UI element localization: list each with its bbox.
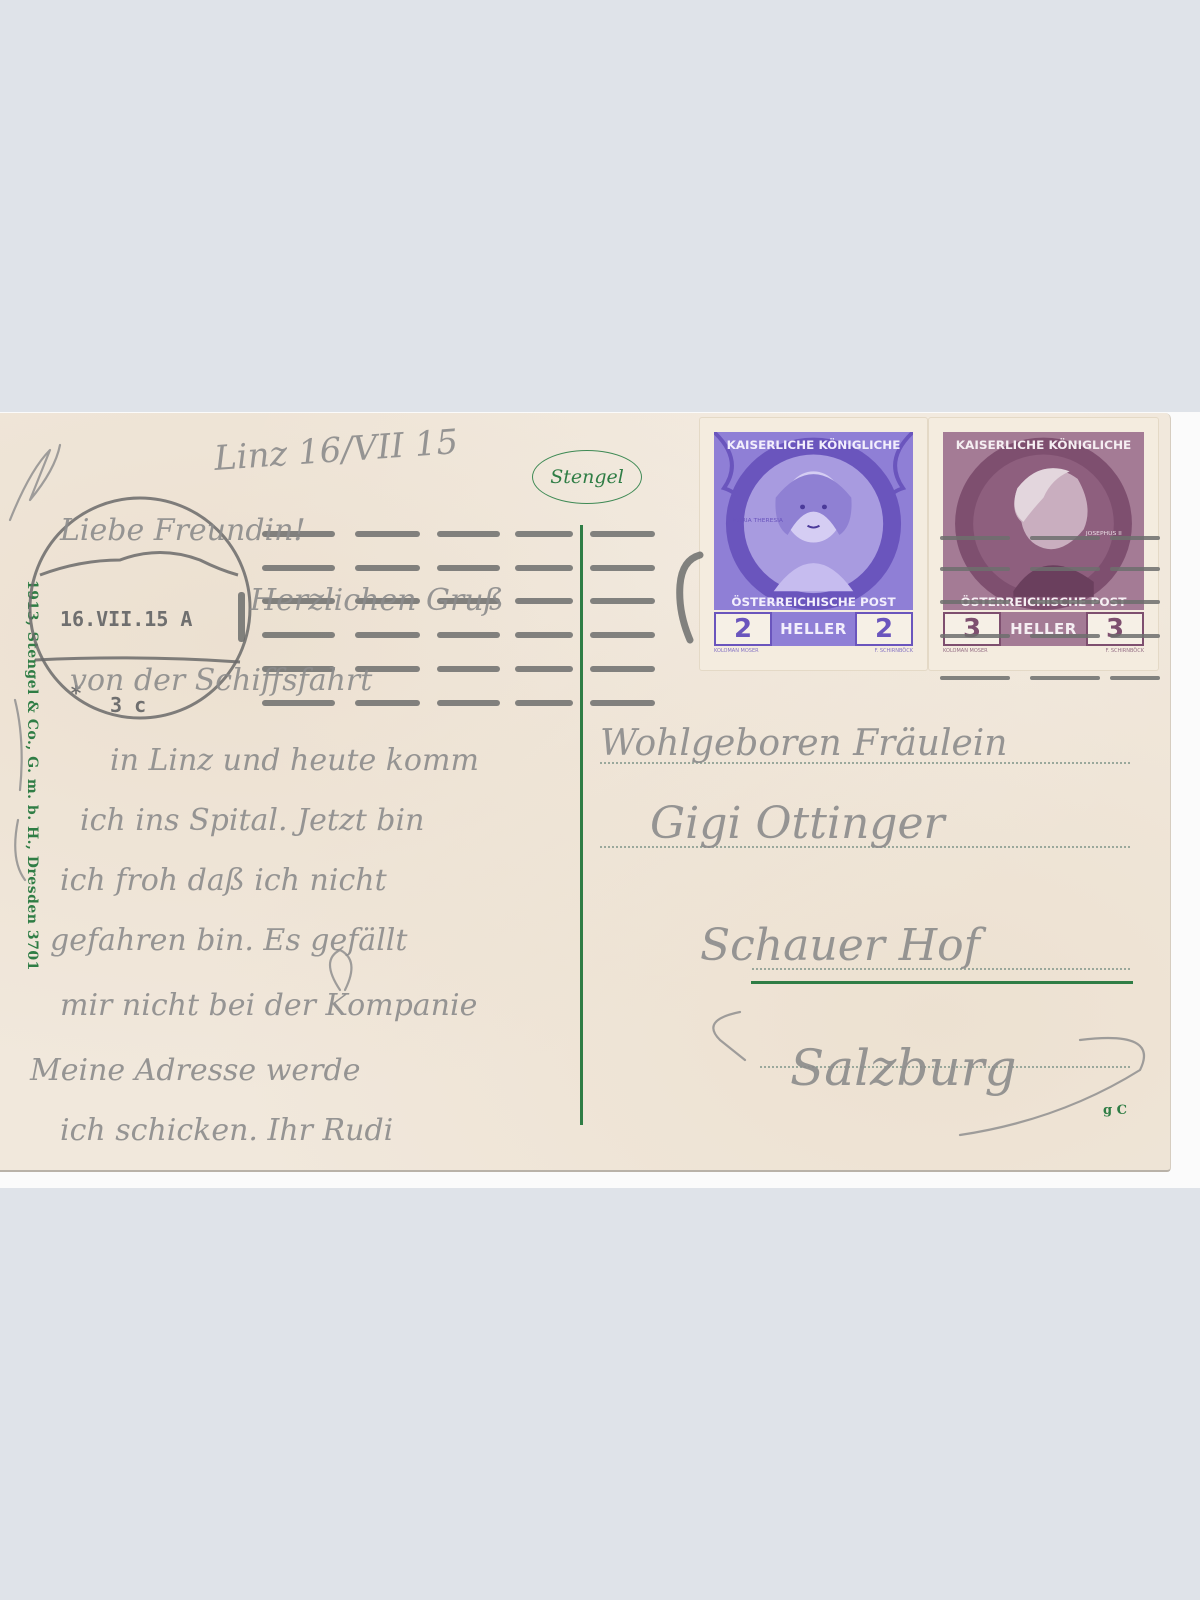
stamp-unit: HELLER: [772, 612, 855, 646]
stamp-engraver: F. SCHIRNBÖCK: [1106, 648, 1144, 656]
publisher-imprint: 1913, Stengel & Co., G. m. b. H., Dresde…: [24, 580, 40, 971]
stamp-engraver: F. SCHIRNBÖCK: [875, 648, 913, 656]
stamp-value-right: 3: [1086, 612, 1144, 646]
svg-text:ÖSTERREICHISCHE POST: ÖSTERREICHISCHE POST: [731, 595, 895, 610]
address-line-3-underline: [751, 981, 1133, 984]
stamp-value-left: 3: [943, 612, 1001, 646]
portrait-joseph-ii-icon: KAISERLICHE KÖNIGLICHE ÖSTERREICHISCHE P…: [943, 432, 1144, 610]
stamp-value-left: 2: [714, 612, 772, 646]
address-line-4: [760, 1066, 1130, 1068]
svg-text:ÖSTERREICHISCHE POST: ÖSTERREICHISCHE POST: [961, 595, 1127, 609]
stamp-designer: KOLOMAN MOSER: [714, 648, 759, 656]
svg-text:KAISERLICHE KÖNIGLICHE: KAISERLICHE KÖNIGLICHE: [956, 437, 1132, 451]
svg-text:MARIA THERESIA: MARIA THERESIA: [733, 518, 783, 524]
stamp-unit: HELLER: [1001, 612, 1086, 646]
stamp-value-right: 2: [855, 612, 913, 646]
center-divider: [580, 525, 583, 1125]
stamp-3-heller: KAISERLICHE KÖNIGLICHE ÖSTERREICHISCHE P…: [929, 418, 1158, 670]
stamp-designer: KOLOMAN MOSER: [943, 648, 988, 656]
address-line-2: [600, 846, 1130, 848]
address-line-1: [600, 762, 1130, 764]
corner-code: g C: [1103, 1103, 1127, 1118]
svg-text:JOSEPHUS II: JOSEPHUS II: [1085, 531, 1122, 537]
publisher-logo: Stengel: [532, 450, 642, 504]
address-line-3: [752, 968, 1130, 970]
portrait-maria-theresia-icon: KAISERLICHE KÖNIGLICHE ÖSTERREICHISCHE P…: [714, 432, 913, 610]
publisher-logo-text: Stengel: [550, 466, 624, 488]
stamp-2-heller: KAISERLICHE KÖNIGLICHE ÖSTERREICHISCHE P…: [700, 418, 927, 670]
svg-text:KAISERLICHE KÖNIGLICHE: KAISERLICHE KÖNIGLICHE: [727, 437, 901, 452]
